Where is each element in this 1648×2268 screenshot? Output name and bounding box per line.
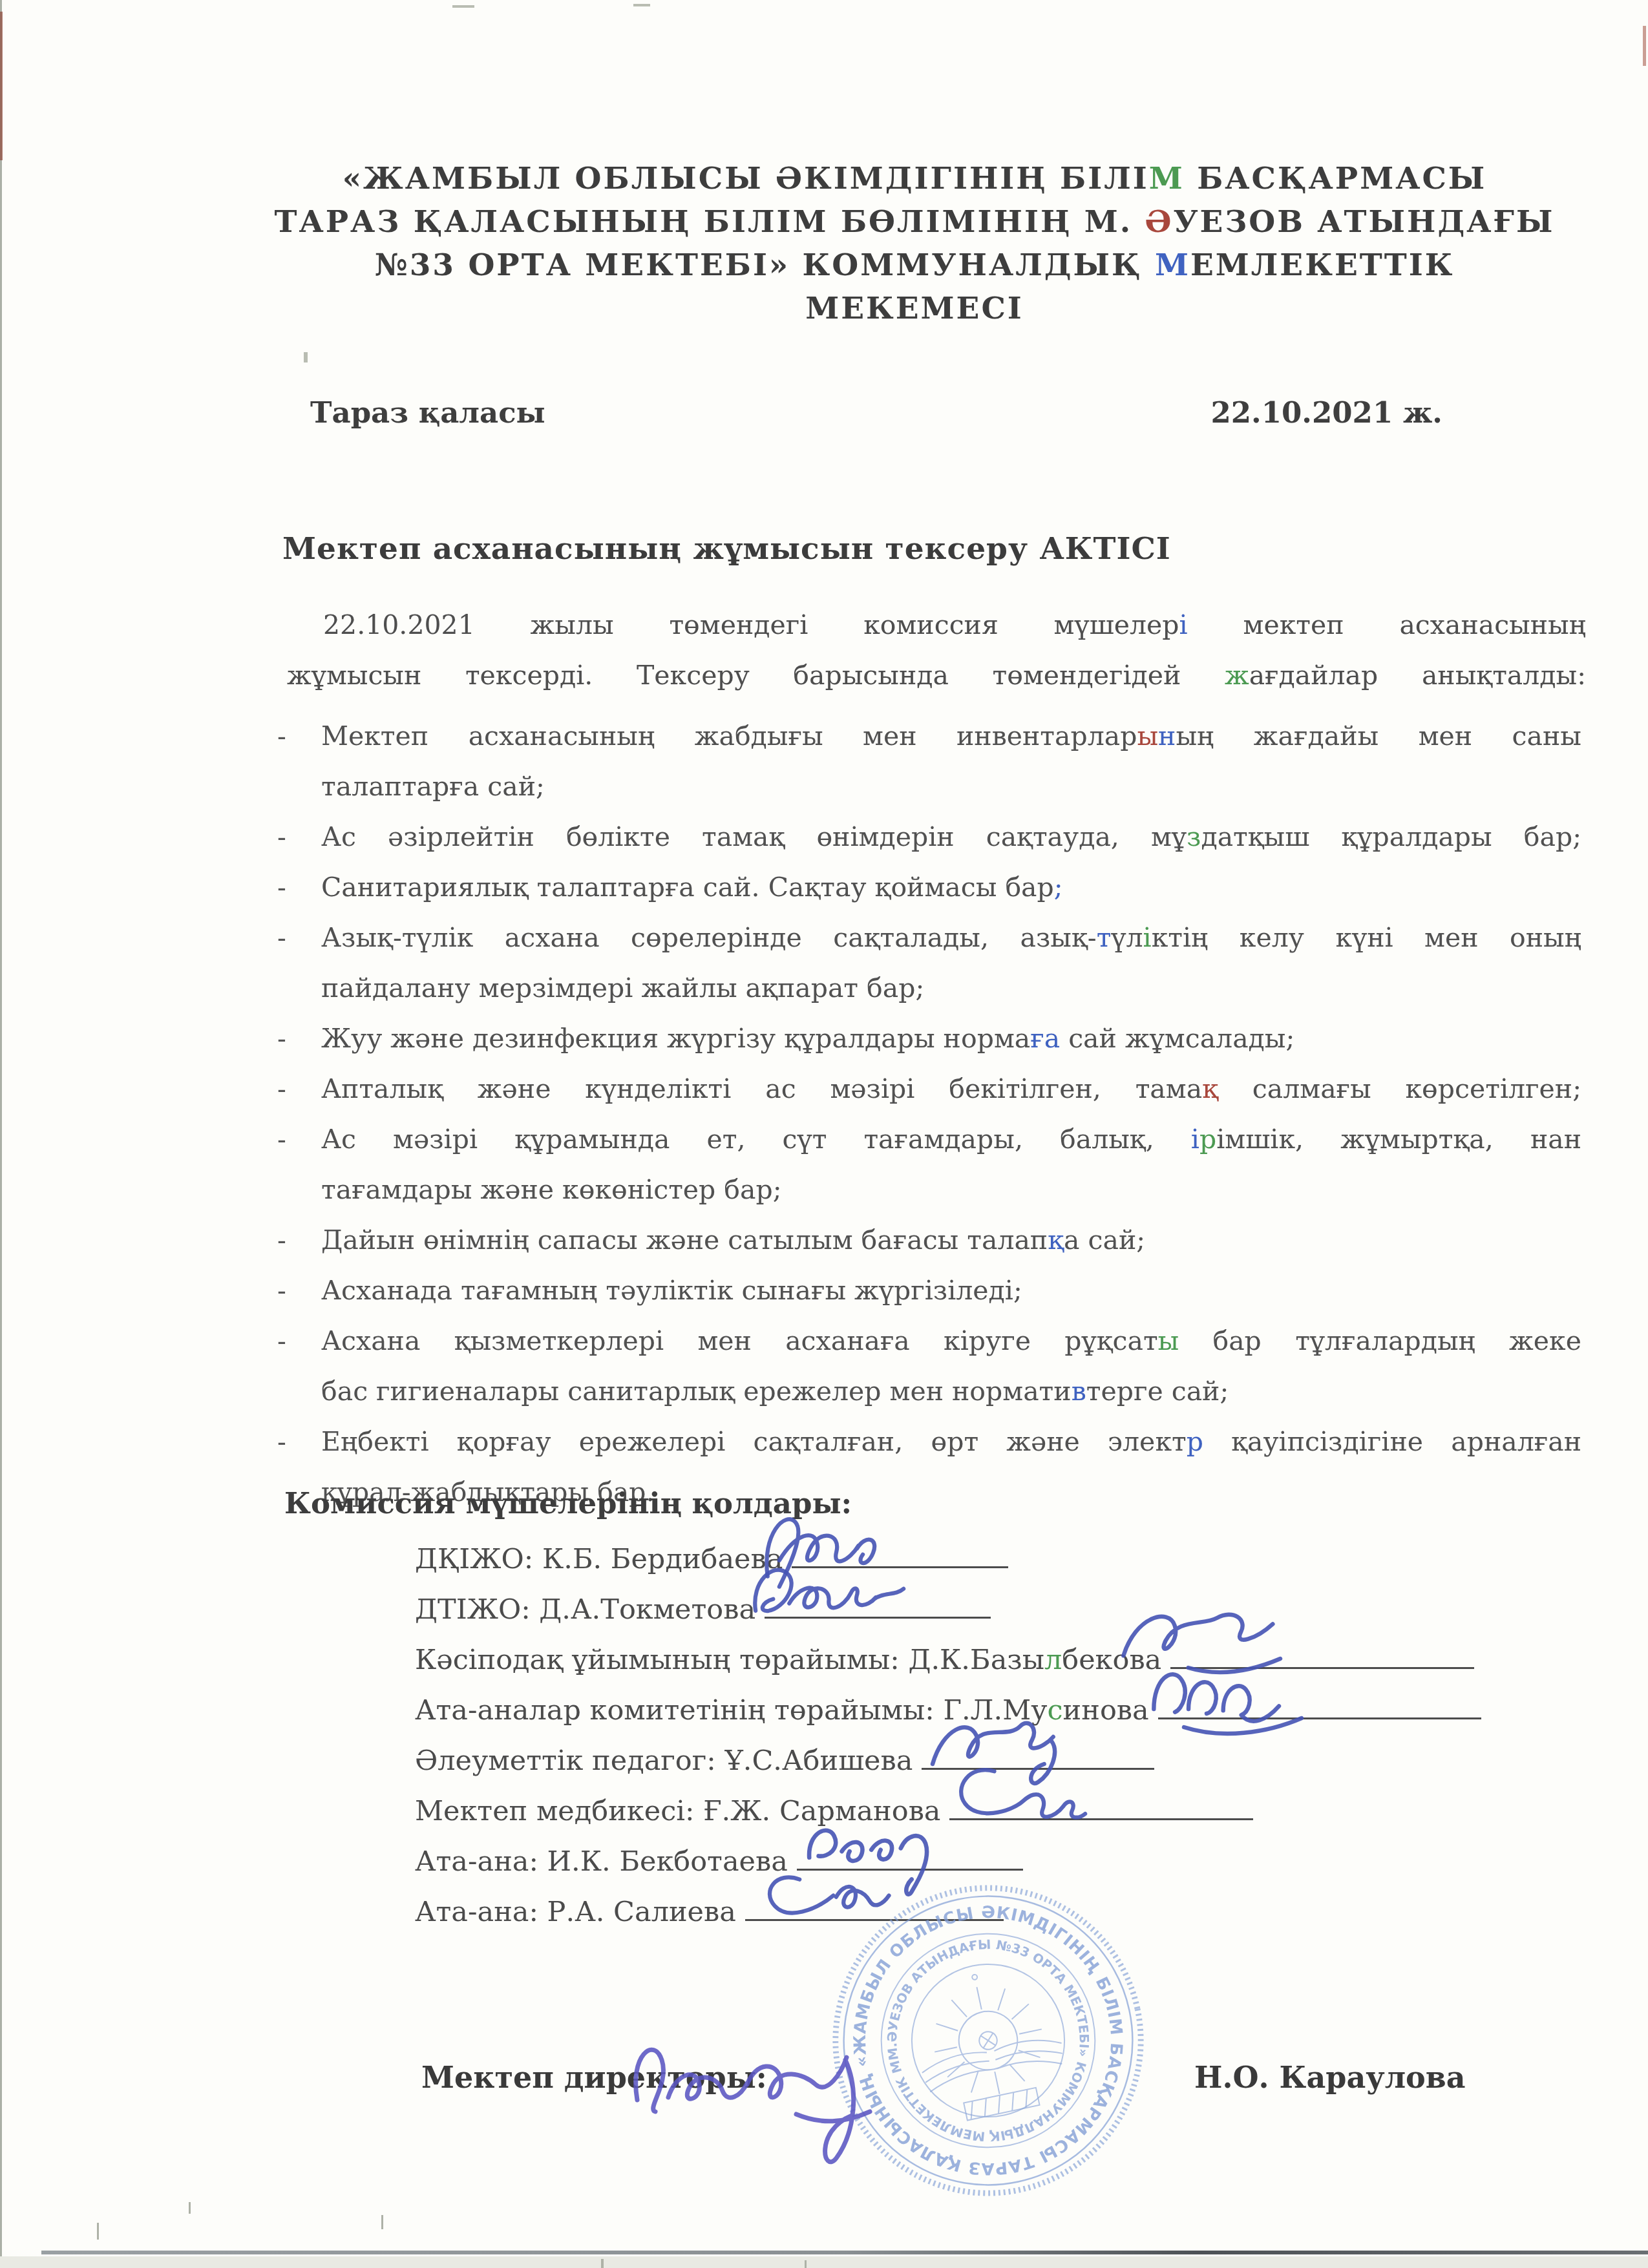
scan-speck	[97, 2223, 99, 2240]
signature-underline	[797, 1843, 1023, 1871]
act-title: Мектеп асханасының жұмысын тексеру АКТІС…	[282, 531, 1171, 567]
signature-label: ДТІЖО: Д.А.Токметова	[415, 1593, 755, 1626]
signature-label: Ата-аналар комитетінің төрайымы: Г.Л.Мус…	[415, 1694, 1149, 1727]
signature-underline	[765, 1591, 991, 1619]
scan-edge-line	[0, 0, 2, 2268]
header-line-3: №33 ОРТА МЕКТЕБІ» КОММУНАЛДЫҚ МЕМЛЕКЕТТІ…	[271, 244, 1558, 287]
signature-row: Кәсіподақ ұйымының төрайымы: Д.К.Базылбе…	[415, 1641, 1481, 1692]
finding-line: бас гигиеналары санитарлық ережелер мен …	[321, 1366, 1581, 1416]
signature-underline	[1158, 1692, 1481, 1719]
finding-line: тағамдары және көкөністер бар;	[321, 1164, 1581, 1215]
scan-bottom-strip	[0, 2256, 1648, 2268]
scan-speck	[601, 2259, 604, 2268]
header-line-2: ТАРАЗ ҚАЛАСЫНЫҢ БІЛІМ БӨЛІМІНІҢ М. ӘУЕЗО…	[271, 200, 1558, 244]
signature-label: Ата-ана: И.К. Бекботаева	[415, 1845, 788, 1878]
finding-line: Асханада тағамның тәуліктік сынағы жүргі…	[321, 1265, 1581, 1316]
signature-underline	[1170, 1641, 1474, 1669]
director-signature-ink	[614, 1964, 950, 2184]
finding-line: Мектеп асханасының жабдығы мен инвентарл…	[321, 711, 1581, 761]
finding-line: Асхана қызметкерлері мен асханаға кіруге…	[321, 1316, 1581, 1366]
finding-line: Ас әзірлейтін бөлікте тамақ өнімдерін са…	[321, 812, 1581, 862]
scan-speck	[189, 2202, 191, 2214]
city-date-row: Тараз қаласы 22.10.2021 ж.	[310, 395, 1442, 430]
finding-line: Жуу және дезинфекция жүргізу құралдары н…	[321, 1013, 1581, 1064]
signature-label: ДҚІЖО: К.Б. Бердибаева	[415, 1543, 783, 1575]
signature-underline	[792, 1540, 1008, 1568]
signature-row: Мектеп медбикесі: Ғ.Ж. Сарманова	[415, 1792, 1481, 1843]
scan-speck	[805, 2260, 807, 2268]
scan-edge-red-mark	[0, 12, 3, 160]
finding-line: Санитариялық талаптарға сай. Сақтау қойм…	[321, 862, 1581, 912]
finding-line: Азық-түлік асхана сөрелерінде сақталады,…	[321, 912, 1581, 963]
intro-line: жұмысын тексерді. Тексеру барысында төме…	[287, 650, 1586, 700]
emblem-star	[971, 1974, 977, 1980]
finding-line: талаптарға сай;	[321, 761, 1581, 812]
header-line-4: МЕКЕМЕСІ	[271, 287, 1558, 330]
scanned-document-page: «ЖАМБЫЛ ОБЛЫСЫ ӘКІМДІГІНІҢ БІЛІМ БАСҚАРМ…	[0, 0, 1648, 2268]
signature-row: Әлеуметтік педагог: Ұ.С.Абишева	[415, 1742, 1481, 1792]
scan-edge-red-mark-right	[1643, 26, 1646, 66]
signature-row: Ата-ана: И.К. Бекботаева	[415, 1843, 1481, 1893]
finding-line: Апталық және күнделікті ас мәзірі бекіті…	[321, 1064, 1581, 1114]
signature-label: Мектеп медбикесі: Ғ.Ж. Сарманова	[415, 1795, 940, 1827]
director-name: Н.О. Караулова	[1194, 2060, 1466, 2095]
signature-underline	[949, 1792, 1253, 1820]
signatures-heading: Комиссия мүшелерінің қолдары:	[284, 1486, 852, 1520]
date-label: 22.10.2021 ж.	[1210, 395, 1442, 430]
scan-bottom-line	[41, 2251, 1648, 2254]
finding-line: Дайын өнімнің сапасы және сатылым бағасы…	[321, 1215, 1581, 1265]
signature-row: ДТІЖО: Д.А.Токметова	[415, 1591, 1481, 1641]
signatures-block: ДҚІЖО: К.Б. Бердибаева ДТІЖО: Д.А.Токмет…	[415, 1540, 1481, 1944]
intro-line: 22.10.2021 жылы төмендегі комиссия мүшел…	[287, 600, 1586, 650]
finding-line: пайдалану мерзімдері жайлы ақпарат бар;	[321, 963, 1581, 1013]
organization-header: «ЖАМБЫЛ ОБЛЫСЫ ӘКІМДІГІНІҢ БІЛІМ БАСҚАРМ…	[271, 157, 1558, 330]
signature-label: Кәсіподақ ұйымының төрайымы: Д.К.Базылбе…	[415, 1644, 1161, 1676]
scan-speck	[633, 4, 650, 6]
scan-speck	[452, 5, 474, 8]
finding-line: Еңбекті қорғау ережелері сақталған, өрт …	[321, 1416, 1581, 1467]
finding-line: Ас мәзірі құрамында ет, сүт тағамдары, б…	[321, 1114, 1581, 1164]
signature-row: Ата-аналар комитетінің төрайымы: Г.Л.Мус…	[415, 1692, 1481, 1742]
findings-list: Мектеп асханасының жабдығы мен инвентарл…	[321, 711, 1581, 1517]
scan-speck	[304, 352, 308, 362]
signature-row: ДҚІЖО: К.Б. Бердибаева	[415, 1540, 1481, 1591]
city-label: Тараз қаласы	[310, 395, 545, 430]
signature-label: Әлеуметтік педагог: Ұ.С.Абишева	[415, 1745, 913, 1777]
signature-label: Ата-ана: Р.А. Салиева	[415, 1896, 736, 1928]
scan-speck	[381, 2215, 383, 2229]
header-line-1: «ЖАМБЫЛ ОБЛЫСЫ ӘКІМДІГІНІҢ БІЛІМ БАСҚАРМ…	[271, 157, 1558, 200]
intro-paragraph: 22.10.2021 жылы төмендегі комиссия мүшел…	[287, 600, 1586, 700]
signature-underline	[922, 1742, 1154, 1770]
